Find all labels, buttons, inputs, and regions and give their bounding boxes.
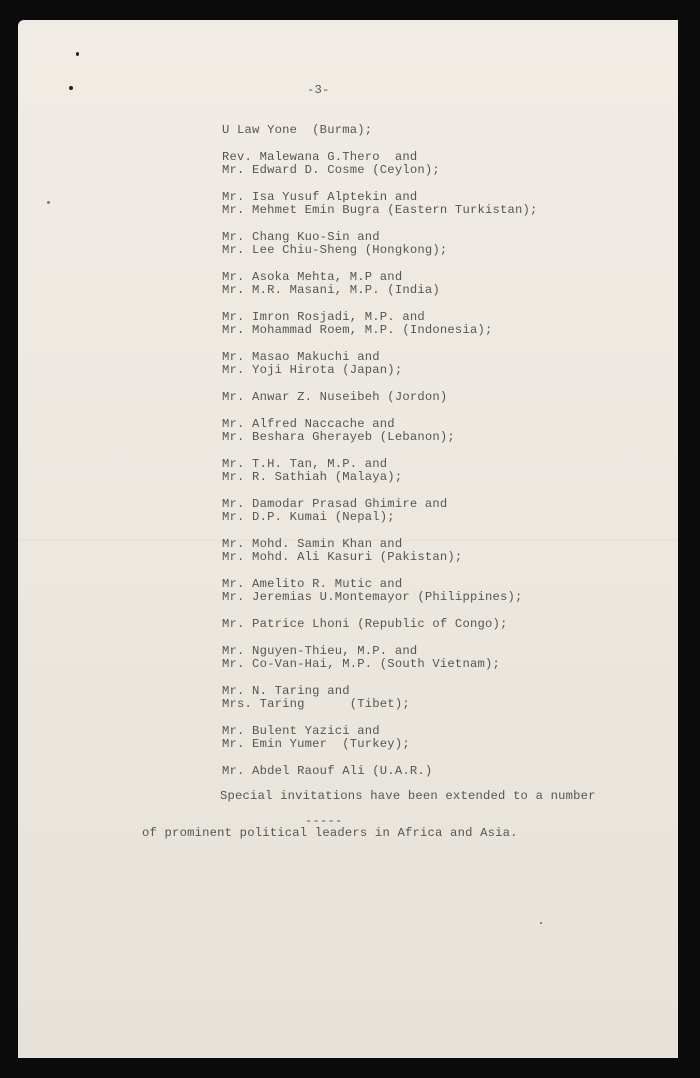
delegate-entry: Mr. Mohd. Samin Khan andMr. Mohd. Ali Ka… xyxy=(222,538,538,564)
delegate-entry: Mr. Damodar Prasad Ghimire andMr. D.P. K… xyxy=(222,498,538,524)
closing-paragraph-line-1: Special invitations have been extended t… xyxy=(142,790,596,803)
delegate-list: U Law Yone (Burma);Rev. Malewana G.Thero… xyxy=(222,124,538,792)
delegate-line: Mr. Mohd. Ali Kasuri (Pakistan); xyxy=(222,551,538,564)
delegate-entry: Mr. Masao Makuchi andMr. Yoji Hirota (Ja… xyxy=(222,351,538,377)
delegate-entry: Mr. Isa Yusuf Alptekin andMr. Mehmet Emi… xyxy=(222,191,538,217)
delegate-entry: Mr. Asoka Mehta, M.P andMr. M.R. Masani,… xyxy=(222,271,538,297)
delegate-entry: Mr. Chang Kuo-Sin andMr. Lee Chiu-Sheng … xyxy=(222,231,538,257)
delegate-line: Mr. Lee Chiu-Sheng (Hongkong); xyxy=(222,244,538,257)
delegate-line: Mr. Mohammad Roem, M.P. (Indonesia); xyxy=(222,324,538,337)
delegate-entry: Mr. Nguyen-Thieu, M.P. andMr. Co-Van-Hai… xyxy=(222,645,538,671)
ink-speck xyxy=(76,52,79,56)
delegate-entry: Mr. Bulent Yazici andMr. Emin Yumer (Tur… xyxy=(222,725,538,751)
delegate-line: Mr. M.R. Masani, M.P. (India) xyxy=(222,284,538,297)
delegate-line: Mr. Yoji Hirota (Japan); xyxy=(222,364,538,377)
delegate-entry: Mr. Patrice Lhoni (Republic of Congo); xyxy=(222,618,538,631)
delegate-line: Mr. Emin Yumer (Turkey); xyxy=(222,738,538,751)
delegate-line: Mrs. Taring (Tibet); xyxy=(222,698,538,711)
ink-speck xyxy=(540,922,542,924)
stain-speck xyxy=(47,201,50,204)
delegate-entry: U Law Yone (Burma); xyxy=(222,124,538,137)
delegate-entry: Mr. Imron Rosjadi, M.P. andMr. Mohammad … xyxy=(222,311,538,337)
end-mark: ----- xyxy=(305,815,343,827)
delegate-line: Mr. Beshara Gherayeb (Lebanon); xyxy=(222,431,538,444)
delegate-line: Mr. Patrice Lhoni (Republic of Congo); xyxy=(222,618,538,631)
delegate-line: Mr. D.P. Kumai (Nepal); xyxy=(222,511,538,524)
delegate-line: Mr. R. Sathiah (Malaya); xyxy=(222,471,538,484)
delegate-line: U Law Yone (Burma); xyxy=(222,124,538,137)
delegate-line: Mr. Co-Van-Hai, M.P. (South Vietnam); xyxy=(222,658,538,671)
ink-speck xyxy=(69,86,73,90)
delegate-entry: Mr. N. Taring andMrs. Taring (Tibet); xyxy=(222,685,538,711)
delegate-entry: Mr. T.H. Tan, M.P. andMr. R. Sathiah (Ma… xyxy=(222,458,538,484)
delegate-entry: Mr. Anwar Z. Nuseibeh (Jordon) xyxy=(222,391,538,404)
closing-paragraph: Special invitations have been extended t… xyxy=(142,766,596,852)
page-number: -3- xyxy=(307,84,330,96)
delegate-entry: Rev. Malewana G.Thero andMr. Edward D. C… xyxy=(222,151,538,177)
delegate-line: Mr. Jeremias U.Montemayor (Philippines); xyxy=(222,591,538,604)
delegate-entry: Mr. Amelito R. Mutic andMr. Jeremias U.M… xyxy=(222,578,538,604)
delegate-line: Mr. Mehmet Emin Bugra (Eastern Turkistan… xyxy=(222,204,538,217)
delegate-line: Mr. Anwar Z. Nuseibeh (Jordon) xyxy=(222,391,538,404)
delegate-entry: Mr. Alfred Naccache andMr. Beshara Ghera… xyxy=(222,418,538,444)
delegate-line: Mr. Edward D. Cosme (Ceylon); xyxy=(222,164,538,177)
closing-paragraph-line-2: of prominent political leaders in Africa… xyxy=(142,827,596,840)
